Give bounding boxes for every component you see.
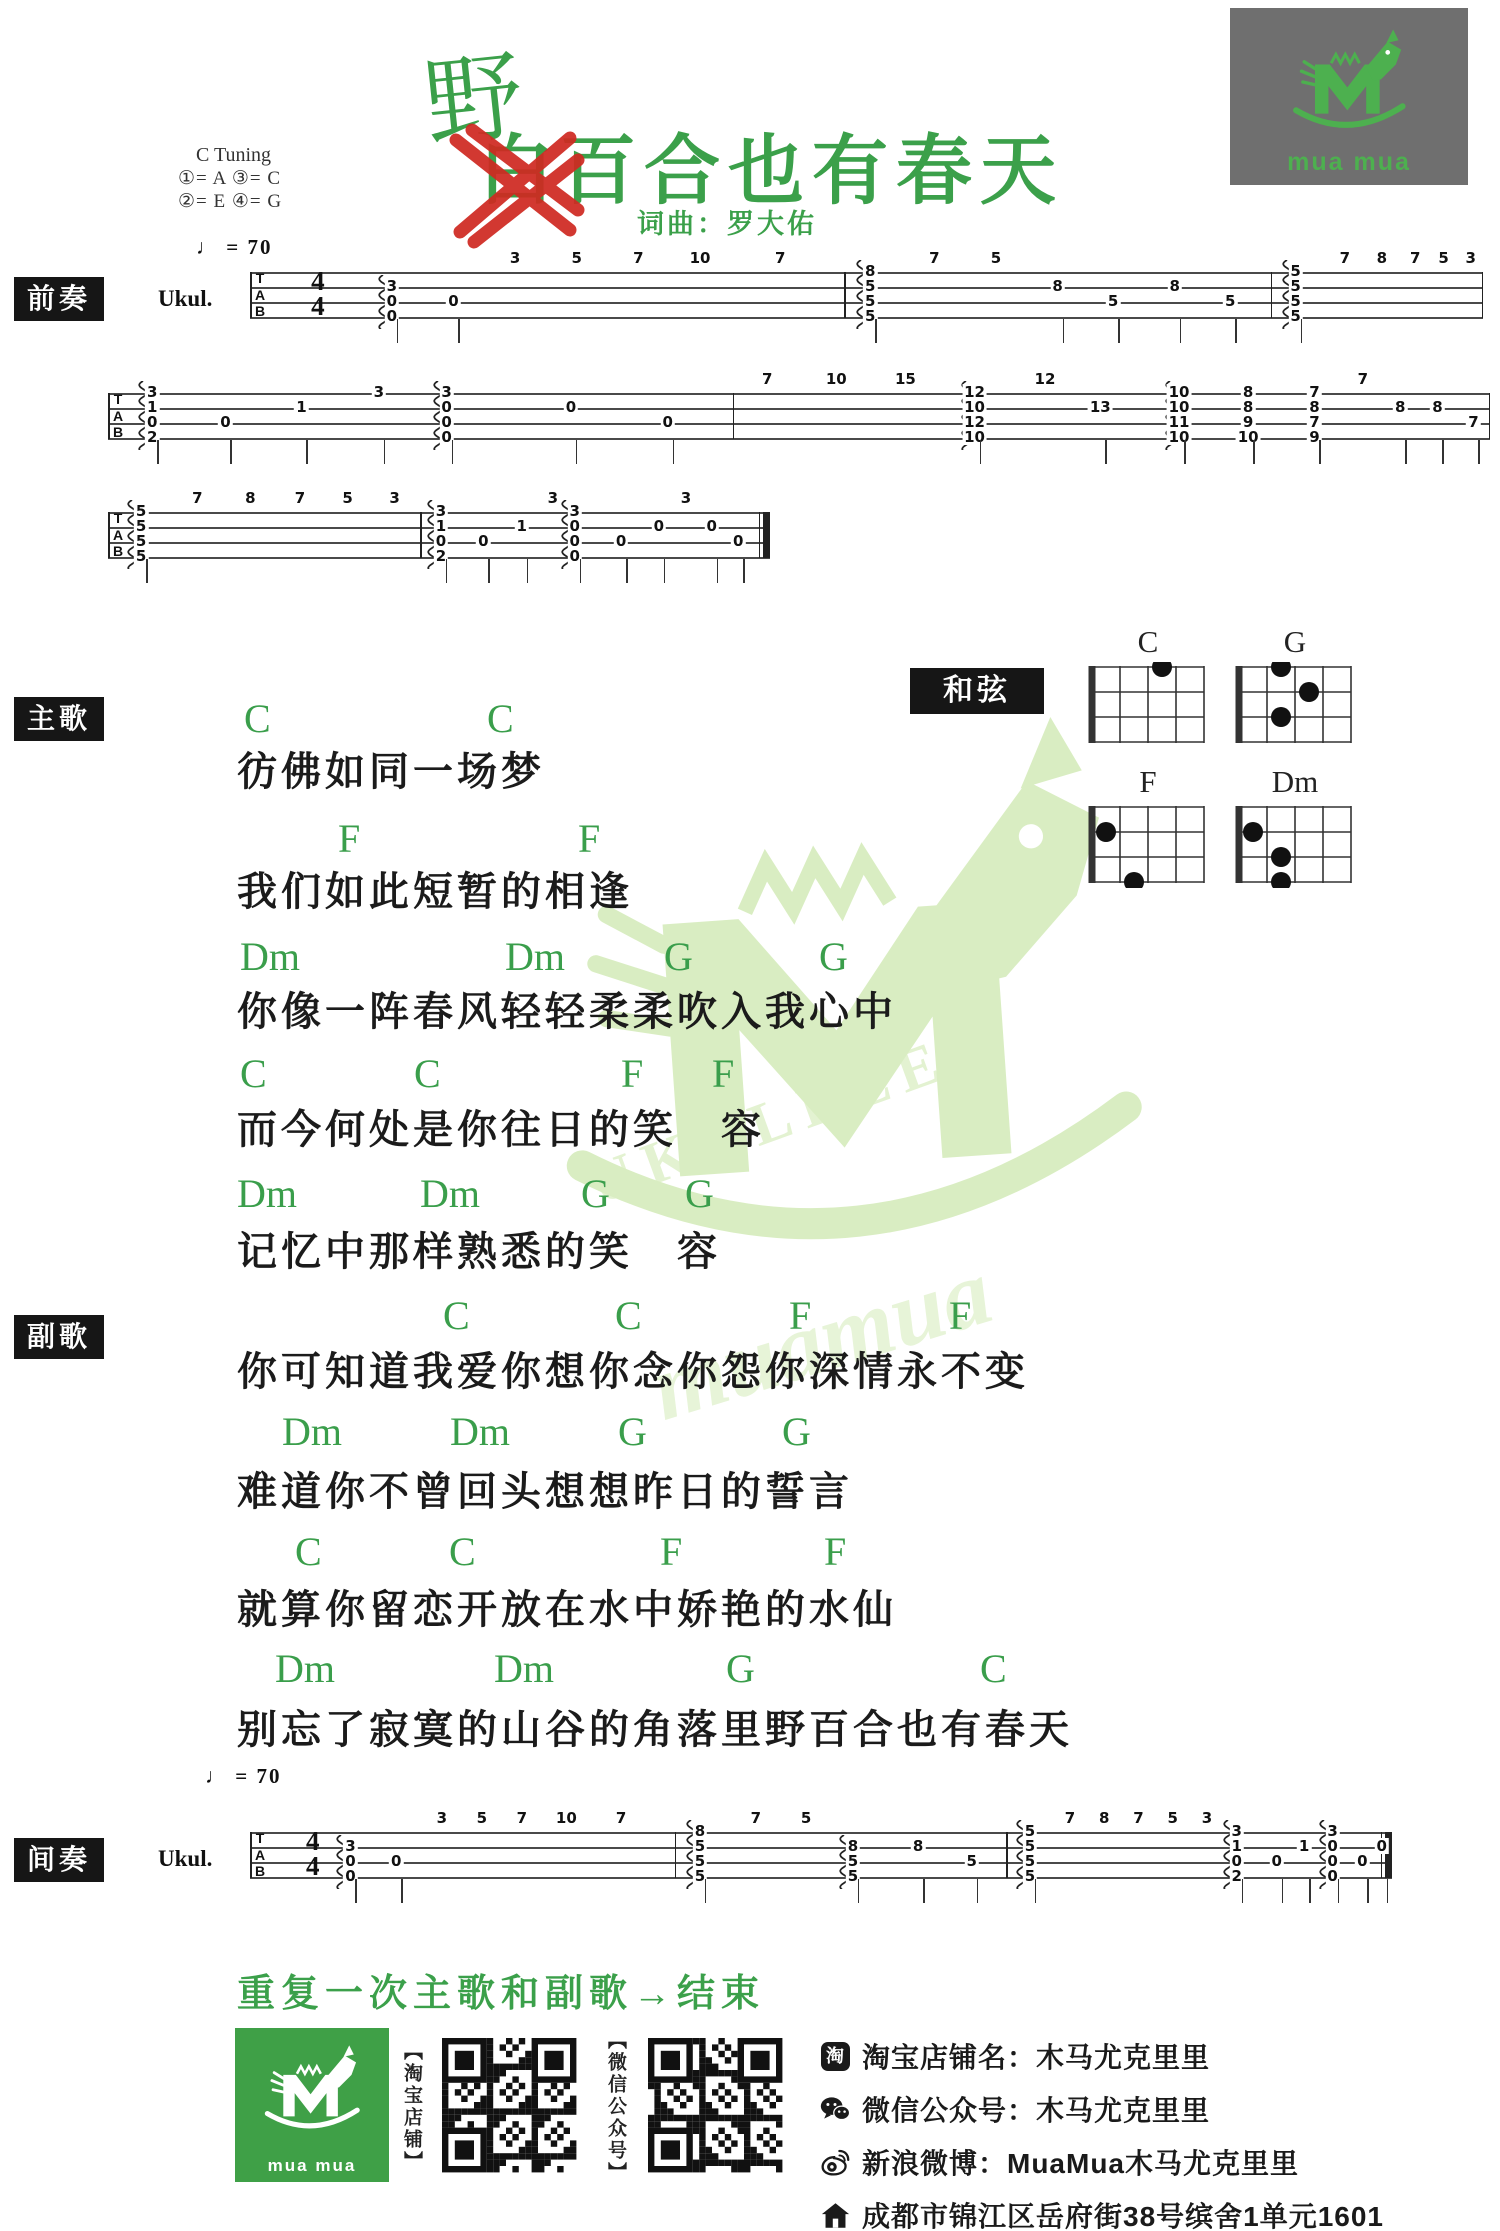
- tab-fret-number: 3: [387, 490, 401, 506]
- tab-fret-number: 8: [1393, 399, 1407, 415]
- finger-dot: [1152, 662, 1172, 677]
- taobao-icon: 淘: [821, 2042, 850, 2071]
- chord-letter: F: [712, 1050, 734, 1097]
- contact-row-wechat: 微信公众号：木马尤克里里: [820, 2089, 1210, 2129]
- contact-text-wechat: 微信公众号：木马尤克里里: [862, 2089, 1210, 2129]
- staff-line: [108, 423, 1490, 425]
- chord-letter: C: [443, 1292, 470, 1339]
- section-label-verse: 主歌: [14, 697, 104, 741]
- tab-fret-number: 8: [911, 1838, 925, 1854]
- chord-letter: C: [244, 695, 271, 742]
- tab-fret-number: 8: [1097, 1810, 1111, 1826]
- barline: [1482, 272, 1484, 318]
- tab-fret-number: 0: [564, 399, 578, 415]
- tab-fret-number: 0: [660, 414, 674, 430]
- tab-fret-number: 10: [554, 1810, 579, 1826]
- note-stem: [1387, 1879, 1389, 1903]
- tab-fret-number: 10: [1236, 429, 1261, 445]
- qr-code-wechat: [640, 2030, 790, 2180]
- tab-fret-number: 5: [965, 1853, 979, 1869]
- tab-fret-number: 7: [1131, 1810, 1145, 1826]
- tab-fret-number: 5: [1166, 1810, 1180, 1826]
- note-stem: [452, 440, 454, 464]
- rocking-horse-logo-icon: [1286, 16, 1412, 144]
- tab-clef: TAB: [111, 510, 125, 560]
- section-label-chorus: 副歌: [14, 1315, 104, 1359]
- chord-letter: G: [664, 933, 693, 980]
- qr-label-wechat: 【微信公众号】: [602, 2030, 629, 2184]
- tab-fret-number: 3: [435, 1810, 449, 1826]
- chord-letter: Dm: [420, 1170, 480, 1217]
- tab-clef: TAB: [111, 391, 125, 441]
- tab-staff-interlude: TAB4430003571078555758558555557875331020…: [250, 1832, 1392, 1878]
- lyric-line: 而今何处是你往日的笑 容: [237, 1098, 765, 1155]
- tab-fret-number: 15: [893, 371, 918, 387]
- time-signature: 44: [311, 269, 325, 319]
- section-label-interlude: 间奏: [14, 1838, 104, 1882]
- tab-fret-number: 7: [1466, 414, 1480, 430]
- staff-line: [250, 1877, 1392, 1879]
- chord-diagram-f: F: [1088, 764, 1208, 893]
- tab-fret-number: 8: [1430, 399, 1444, 415]
- tab-fret-number: 7: [760, 371, 774, 387]
- tab-fret-number: 5: [475, 1810, 489, 1826]
- final-barline: [763, 512, 770, 558]
- contact-row-taobao: 淘 淘宝店铺名：木马尤克里里: [820, 2036, 1210, 2076]
- tab-fret-number: 0: [1269, 1853, 1283, 1869]
- tab-fret-number: 3: [372, 384, 386, 400]
- note-stem: [875, 319, 877, 343]
- composer-credit: 词曲：罗大佑: [637, 202, 817, 241]
- red-cross-mark: [438, 118, 590, 258]
- chord-letter: F: [949, 1292, 971, 1339]
- tab-fret-number: 0: [476, 533, 490, 549]
- note-stem: [717, 559, 719, 583]
- chord-letter: Dm: [450, 1408, 510, 1455]
- staff-line: [250, 1862, 1392, 1864]
- contact-row-weibo: 新浪微博：MuaMua木马尤克里里: [820, 2142, 1299, 2182]
- chord-letter: Dm: [494, 1645, 554, 1692]
- tab-fret-number: 7: [614, 1810, 628, 1826]
- chord-name: F: [1088, 764, 1208, 802]
- tempo-marking-intro: ♩ = 70: [196, 235, 272, 260]
- note-stem: [1242, 1879, 1244, 1903]
- note-stem: [1105, 440, 1107, 464]
- note-stem: [355, 1879, 357, 1903]
- rocking-horse-watermark-icon: [500, 640, 1184, 1343]
- rocking-horse-footer-icon: [259, 2034, 365, 2142]
- tab-clef: TAB: [253, 270, 267, 320]
- chord-letter: G: [685, 1170, 714, 1217]
- note-stem: [1367, 1879, 1369, 1903]
- note-stem: [1309, 1879, 1311, 1903]
- lyric-line: 你像一阵春风轻轻柔柔吹入我心中: [237, 980, 897, 1037]
- barline: [420, 512, 422, 558]
- note-stem: [458, 319, 460, 343]
- chord-letter: G: [618, 1408, 647, 1455]
- tab-fret-number: 0: [446, 293, 460, 309]
- tab-staff-intro-line1: TAB4430003571078555758585555578753: [250, 272, 1483, 318]
- tab-fret-number: 13: [1088, 399, 1113, 415]
- tab-fret-number: 3: [1463, 250, 1477, 266]
- tab-fret-number: 12: [1033, 371, 1058, 387]
- chord-diagram-c: C: [1088, 624, 1208, 753]
- chord-letter: F: [660, 1528, 682, 1575]
- tab-fret-number: 8: [1168, 278, 1182, 294]
- staff-line: [108, 438, 1490, 440]
- note-stem: [488, 559, 490, 583]
- tab-fret-number: 5: [799, 1810, 813, 1826]
- staff-line: [250, 1847, 1392, 1849]
- chord-letter: Dm: [240, 933, 300, 980]
- lyric-line: 难道你不曾回头想想昨日的誓言: [237, 1460, 853, 1517]
- lyric-line: 我们如此短暂的相逢: [237, 860, 633, 917]
- weibo-icon: [820, 2147, 850, 2177]
- barline: [1006, 1832, 1008, 1878]
- note-stem: [397, 319, 399, 343]
- brand-logo-box: mua mua: [1230, 8, 1468, 185]
- chord-letter: C: [615, 1292, 642, 1339]
- tab-fret-number: 7: [773, 250, 787, 266]
- finger-dot: [1271, 707, 1291, 727]
- sheet-page: UKULELE muamua mua mua C Tuning ①= A ③= …: [0, 0, 1500, 2231]
- tab-fret-number: 5: [1223, 293, 1237, 309]
- note-stem: [1035, 1879, 1037, 1903]
- note-stem: [977, 1879, 979, 1903]
- chord-letter: C: [295, 1528, 322, 1575]
- tuning-row-1: ①= A ③= C: [178, 167, 282, 190]
- tab-fret-number: 3: [1200, 1810, 1214, 1826]
- chord-grid: [1088, 662, 1208, 748]
- chord-letter: C: [414, 1050, 441, 1097]
- lyric-line: 彷佛如同一场梦: [237, 740, 545, 797]
- chord-letter: F: [578, 815, 600, 862]
- staff-line: [108, 408, 1490, 410]
- instrument-label-interlude: Ukul.: [158, 1846, 212, 1872]
- lyric-line: 记忆中那样熟悉的笑 容: [237, 1220, 721, 1277]
- tab-fret-number: 8: [1050, 278, 1064, 294]
- note-stem: [858, 1879, 860, 1903]
- chord-letter: G: [819, 933, 848, 980]
- tuning-info: C Tuning ①= A ③= C ②= E ④= G: [178, 144, 282, 213]
- instrument-label-intro: Ukul.: [158, 286, 212, 312]
- home-icon: [820, 2200, 850, 2230]
- song-layer: CC彷佛如同一场梦FF我们如此短暂的相逢DmDmGG你像一阵春风轻轻柔柔吹入我心…: [0, 0, 1500, 2231]
- chord-grid: [1235, 802, 1355, 888]
- tab-fret-number: 1: [1297, 1838, 1311, 1854]
- tab-fret-number: 7: [631, 250, 645, 266]
- finger-dot: [1124, 872, 1144, 888]
- note-stem: [1253, 440, 1255, 464]
- tab-fret-number: 10: [962, 429, 987, 445]
- note-stem: [673, 440, 675, 464]
- tab-fret-number: 1: [515, 518, 529, 534]
- qr-code-taobao: [434, 2030, 584, 2180]
- chord-name: Dm: [1235, 764, 1355, 802]
- barline: [759, 512, 761, 558]
- chord-letter: C: [487, 695, 514, 742]
- watermark-text-muamua: muamua: [638, 1235, 1003, 1442]
- note-stem: [230, 440, 232, 464]
- chord-name: C: [1088, 624, 1208, 662]
- chord-letter: G: [726, 1645, 755, 1692]
- note-stem: [384, 440, 386, 464]
- note-stem: [1180, 319, 1182, 343]
- note-stem: [1301, 319, 1303, 343]
- note-stem: [980, 440, 982, 464]
- barline: [108, 512, 110, 558]
- chord-letter: C: [980, 1645, 1007, 1692]
- tab-staff-intro-line3: TAB5555787533102013300000300: [108, 512, 770, 558]
- tab-fret-number: 5: [989, 250, 1003, 266]
- tab-fret-number: 7: [293, 490, 307, 506]
- brand-text: mua mua: [1230, 148, 1468, 177]
- tab-fret-number: 7: [749, 1810, 763, 1826]
- tab-fret-number: 7: [190, 490, 204, 506]
- chord-letter: C: [240, 1050, 267, 1097]
- tuning-title: C Tuning: [178, 144, 282, 167]
- time-signature: 44: [306, 1829, 320, 1879]
- tab-fret-number: 0: [652, 518, 666, 534]
- repeat-instruction: 重复一次主歌和副歌→结束: [237, 1962, 765, 2017]
- tab-fret-number: 5: [1106, 293, 1120, 309]
- footer-logo-box: mua mua: [235, 2028, 389, 2182]
- tab-fret-number: 5: [1436, 250, 1450, 266]
- tab-fret-number: 0: [1355, 1853, 1369, 1869]
- finger-dot: [1271, 847, 1291, 867]
- lyric-line: 就算你留恋开放在水中娇艳的水仙: [237, 1578, 897, 1635]
- note-stem: [580, 559, 582, 583]
- note-stem: [1442, 440, 1444, 464]
- note-stem: [1338, 1879, 1340, 1903]
- chord-letter: Dm: [275, 1645, 335, 1692]
- tab-fret-number: 7: [927, 250, 941, 266]
- qr-label-taobao: 【淘宝店铺】: [398, 2030, 425, 2184]
- chords-box-label: 和弦: [910, 668, 1044, 714]
- barline: [250, 272, 252, 318]
- chord-grid: [1088, 802, 1208, 888]
- chord-letter: F: [789, 1292, 811, 1339]
- chord-letter: Dm: [505, 933, 565, 980]
- lyric-line: 你可知道我爱你想你念你怨你深情永不变: [237, 1340, 1029, 1397]
- note-stem: [1282, 1879, 1284, 1903]
- tab-fret-number: 7: [1338, 250, 1352, 266]
- barline: [733, 393, 735, 439]
- finger-dot: [1299, 682, 1319, 702]
- chord-letter: Dm: [237, 1170, 297, 1217]
- tab-fret-number: 7: [515, 1810, 529, 1826]
- barline: [250, 1832, 252, 1878]
- tab-fret-number: 10: [688, 250, 713, 266]
- note-stem: [1118, 319, 1120, 343]
- contact-text-address: 成都市锦江区岳府街38号缤舍1单元1601: [862, 2195, 1384, 2231]
- note-stem: [1184, 440, 1186, 464]
- tab-fret-number: 10: [1167, 429, 1192, 445]
- section-label-intro: 前奏: [14, 277, 104, 321]
- contact-text-weibo: 新浪微博：MuaMua木马尤克里里: [862, 2142, 1299, 2182]
- note-stem: [157, 440, 159, 464]
- note-stem: [705, 1879, 707, 1903]
- tab-fret-number: 3: [546, 490, 560, 506]
- finger-dot: [1243, 822, 1263, 842]
- tuning-row-2: ②= E ④= G: [178, 190, 282, 213]
- tab-fret-number: 7: [1356, 371, 1370, 387]
- note-stem: [923, 1879, 925, 1903]
- tab-fret-number: 0: [705, 518, 719, 534]
- finger-dot: [1096, 822, 1116, 842]
- barline: [844, 272, 846, 318]
- tab-fret-number: 10: [824, 371, 849, 387]
- tab-fret-number: 3: [679, 490, 693, 506]
- tab-fret-number: 1: [294, 399, 308, 415]
- tab-fret-number: 0: [1375, 1838, 1389, 1854]
- note-stem: [401, 1879, 403, 1903]
- note-stem: [664, 559, 666, 583]
- chord-diagrams-panel: C G F Dm: [1085, 624, 1375, 914]
- note-stem: [743, 559, 745, 583]
- chord-diagram-dm: Dm: [1235, 764, 1355, 893]
- chord-letter: G: [782, 1408, 811, 1455]
- chord-diagram-g: G: [1235, 624, 1355, 753]
- chord-letter: Dm: [282, 1408, 342, 1455]
- contact-text-taobao: 淘宝店铺名：木马尤克里里: [862, 2036, 1210, 2076]
- tab-staff-intro-line2: TAB3102013300000710151210121012131010111…: [108, 393, 1490, 439]
- chord-letter: C: [449, 1528, 476, 1575]
- contact-row-address: 成都市锦江区岳府街38号缤舍1单元1601: [820, 2195, 1384, 2231]
- note-stem: [527, 559, 529, 583]
- tab-fret-number: 0: [614, 533, 628, 549]
- note-stem: [576, 440, 578, 464]
- tab-fret-number: 8: [243, 490, 257, 506]
- note-stem: [146, 559, 148, 583]
- tab-fret-number: 8: [1375, 250, 1389, 266]
- watermark-text-ukulele: UKULELE: [581, 1025, 959, 1219]
- note-stem: [1063, 319, 1065, 343]
- barline: [108, 393, 110, 439]
- tab-fret-number: 7: [1408, 250, 1422, 266]
- chord-letter: F: [824, 1528, 846, 1575]
- tab-fret-number: 0: [218, 414, 232, 430]
- barline: [1271, 272, 1273, 318]
- chord-letter: G: [581, 1170, 610, 1217]
- tab-fret-number: 0: [389, 1853, 403, 1869]
- footer-brand-text: mua mua: [235, 2156, 389, 2176]
- finger-dot: [1271, 872, 1291, 888]
- chord-grid: [1235, 662, 1355, 748]
- tab-fret-number: 7: [1063, 1810, 1077, 1826]
- note-stem: [446, 559, 448, 583]
- tab-fret-number: 5: [340, 490, 354, 506]
- staff-line: [250, 1832, 1392, 1834]
- note-stem: [1478, 440, 1480, 464]
- barline: [1489, 393, 1491, 439]
- wechat-icon: [820, 2094, 850, 2124]
- note-stem: [626, 559, 628, 583]
- note-stem: [1405, 440, 1407, 464]
- chord-name: G: [1235, 624, 1355, 662]
- chord-letter: F: [621, 1050, 643, 1097]
- tab-fret-number: 0: [731, 533, 745, 549]
- tempo-marking-interlude: ♩ = 70: [205, 1764, 281, 1789]
- lyric-line: 别忘了寂寞的山谷的角落里野百合也有春天: [237, 1698, 1073, 1755]
- finger-dot: [1271, 662, 1291, 677]
- staff-line: [108, 393, 1490, 395]
- chord-letter: F: [338, 815, 360, 862]
- barline: [675, 1832, 677, 1878]
- tab-clef: TAB: [253, 1830, 267, 1880]
- note-stem: [306, 440, 308, 464]
- note-stem: [1235, 319, 1237, 343]
- note-stem: [1319, 440, 1321, 464]
